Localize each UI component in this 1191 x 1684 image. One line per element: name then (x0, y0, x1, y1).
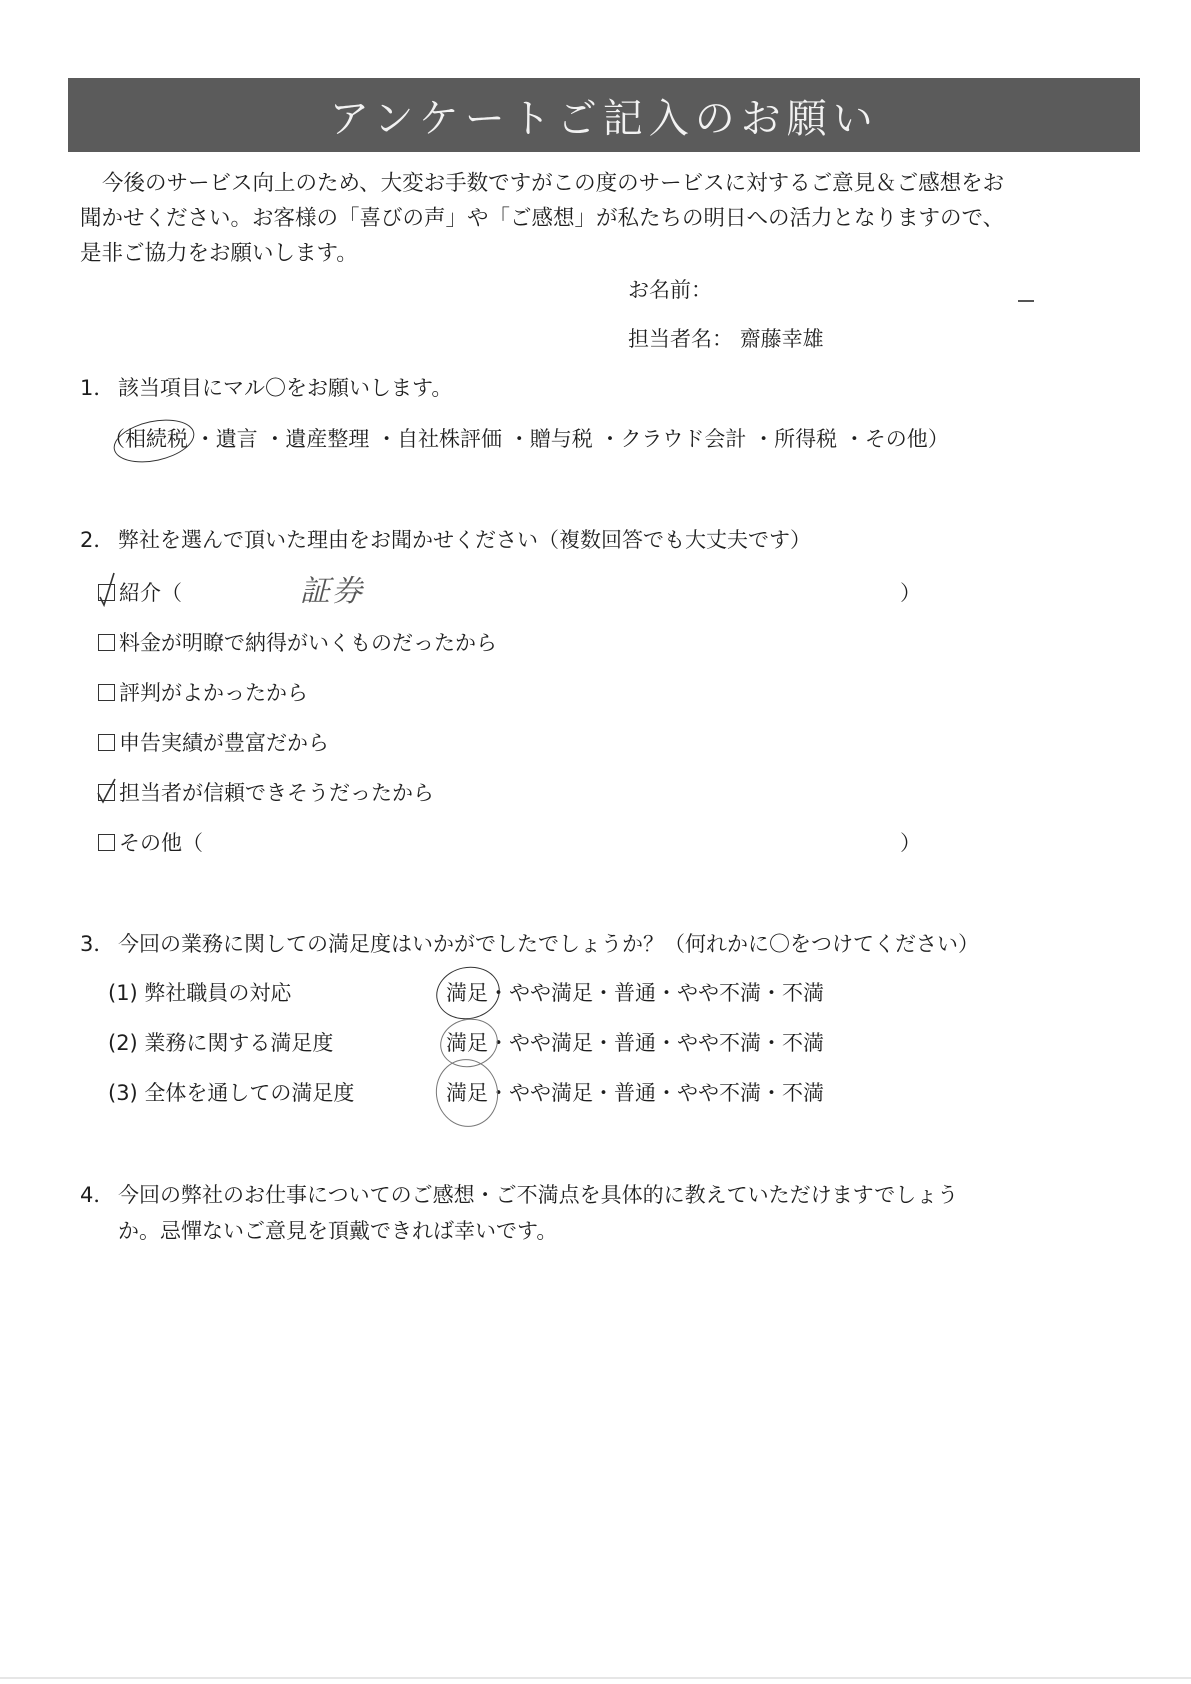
question-text: 該当項目にマル〇をお願いします。 (118, 376, 452, 400)
question-number: 3． (80, 928, 118, 958)
separator: ・ (509, 427, 530, 451)
scale-option-somewhat-satisfied[interactable]: やや満足 (509, 1081, 593, 1105)
question-3-title: 3．今回の業務に関しての満足度はいかがでしたでしょうか？（何れかに〇をつけてくだ… (80, 928, 979, 958)
separator: ・ (195, 427, 216, 451)
option-stock-valuation[interactable]: 自社株評価 (397, 427, 502, 451)
checkbox-unchecked[interactable] (98, 634, 115, 651)
question-number: 1． (80, 372, 118, 402)
checkbox-checked[interactable] (98, 584, 115, 601)
satisfaction-scale: 満足・やや満足・普通・やや不満・不満 (446, 1077, 824, 1107)
check-mark-icon (96, 771, 122, 805)
close-paren: ） (900, 577, 921, 607)
option-inheritance-tax[interactable]: 相続税 (125, 427, 188, 451)
reason-track-record[interactable]: 申告実績が豊富だから (98, 727, 329, 757)
satisfaction-row-overall: (3) 全体を通しての満足度 満足・やや満足・普通・やや不満・不満 (108, 1077, 908, 1107)
separator: ・ (376, 427, 397, 451)
option-cloud-accounting[interactable]: クラウド会計 (620, 427, 746, 451)
checkbox-unchecked[interactable] (98, 684, 115, 701)
separator: ・ (656, 1081, 677, 1105)
question-text: 弊社を選んで頂いた理由をお聞かせください（複数回答でも大丈夫です） (118, 528, 811, 552)
checkbox-checked[interactable] (98, 784, 115, 801)
scale-option-satisfied[interactable]: 満足 (446, 1081, 488, 1105)
satisfaction-scale: 満足・やや満足・普通・やや不満・不満 (446, 1027, 824, 1057)
reason-label: 料金が明瞭で納得がいくものだったから (119, 627, 497, 657)
title-banner: アンケートご記入のお願い (68, 78, 1140, 152)
checkbox-unchecked[interactable] (98, 734, 115, 751)
checkbox-unchecked[interactable] (98, 834, 115, 851)
staff-value: 齋藤幸雄 (740, 327, 824, 351)
scale-option-somewhat-dissatisfied[interactable]: やや不満 (677, 1081, 761, 1105)
satisfaction-label: (3) 全体を通しての満足度 (108, 1077, 354, 1107)
question-1-options: （相続税 ・遺言 ・遺産整理 ・自社株評価 ・贈与税 ・クラウド会計 ・所得税 … (104, 423, 949, 453)
separator: ・ (593, 1031, 614, 1055)
separator: ・ (593, 981, 614, 1005)
option-income-tax[interactable]: 所得税 (774, 427, 837, 451)
satisfaction-label: (2) 業務に関する満足度 (108, 1027, 333, 1057)
question-4-title: 4．今回の弊社のお仕事についてのご感想・ご不満点を具体的に教えていただけますでし… (80, 1177, 958, 1249)
referral-source-input[interactable]: 証券 (300, 566, 364, 610)
option-label: 満足 (446, 1031, 488, 1055)
intro-line: 聞かせください。お客様の「喜びの声」や「ご感想」が私たちの明日への活力となります… (80, 201, 1120, 236)
option-gift-tax[interactable]: 贈与税 (530, 427, 593, 451)
intro-line: 是非ご協力をお願いします。 (80, 236, 1120, 271)
scale-option-satisfied[interactable]: 満足 (446, 981, 488, 1005)
question-number: 4． (80, 1177, 118, 1213)
scale-option-satisfied[interactable]: 満足 (446, 1031, 488, 1055)
reason-label: 担当者が信頼できそうだったから (119, 777, 434, 807)
reason-referral[interactable]: 紹介（ (98, 577, 182, 607)
scale-option-neutral[interactable]: 普通 (614, 981, 656, 1005)
scale-option-somewhat-dissatisfied[interactable]: やや不満 (677, 1031, 761, 1055)
name-label: お名前： (628, 278, 712, 302)
option-label: 相続税 (125, 427, 188, 451)
reason-clear-pricing[interactable]: 料金が明瞭で納得がいくものだったから (98, 627, 497, 657)
separator: ・ (264, 427, 285, 451)
option-label: 満足 (446, 981, 488, 1005)
reason-label: 申告実績が豊富だから (119, 727, 329, 757)
separator: ・ (488, 1081, 509, 1105)
close-paren: ） (928, 427, 949, 451)
separator: ・ (753, 427, 774, 451)
option-estate-settlement[interactable]: 遺産整理 (285, 427, 369, 451)
option-label: 満足 (446, 1081, 488, 1105)
reason-label: 紹介（ (119, 577, 182, 607)
separator: ・ (488, 981, 509, 1005)
scale-option-dissatisfied[interactable]: 不満 (782, 1081, 824, 1105)
name-field[interactable]: お名前： (628, 274, 712, 304)
question-1-title: 1．該当項目にマル〇をお願いします。 (80, 372, 452, 402)
scale-option-somewhat-satisfied[interactable]: やや満足 (509, 1031, 593, 1055)
comments-answer-area[interactable] (110, 1260, 1090, 1640)
scale-option-neutral[interactable]: 普通 (614, 1031, 656, 1055)
satisfaction-row-staff: (1) 弊社職員の対応 満足・やや満足・普通・やや不満・不満 (108, 977, 908, 1007)
separator: ・ (656, 981, 677, 1005)
reason-other[interactable]: その他（ (98, 827, 203, 857)
other-reason-input[interactable] (220, 827, 880, 855)
separator: ・ (761, 1081, 782, 1105)
option-other[interactable]: その他 (865, 427, 928, 451)
separator: ・ (656, 1031, 677, 1055)
staff-field: 担当者名： 齋藤幸雄 (628, 323, 824, 353)
satisfaction-scale: 満足・やや満足・普通・やや不満・不満 (446, 977, 824, 1007)
satisfaction-label: (1) 弊社職員の対応 (108, 977, 291, 1007)
question-text-continued: か。忌憚ないご意見を頂戴できれば幸いです。 (80, 1213, 958, 1249)
separator: ・ (761, 1031, 782, 1055)
check-mark-icon (96, 571, 122, 605)
question-text: 今回の業務に関しての満足度はいかがでしたでしょうか？（何れかに〇をつけてください… (118, 932, 979, 956)
scale-option-dissatisfied[interactable]: 不満 (782, 1031, 824, 1055)
question-2-title: 2．弊社を選んで頂いた理由をお聞かせください（複数回答でも大丈夫です） (80, 524, 811, 554)
reason-label: 評判がよかったから (119, 677, 308, 707)
intro-line: 今後のサービス向上のため、大変お手数ですがこの度のサービスに対するご意見＆ご感想… (80, 166, 1120, 201)
separator: ・ (844, 427, 865, 451)
intro-paragraph: 今後のサービス向上のため、大変お手数ですがこの度のサービスに対するご意見＆ご感想… (80, 166, 1120, 271)
separator: ・ (488, 1031, 509, 1055)
separator: ・ (593, 1081, 614, 1105)
scale-option-somewhat-dissatisfied[interactable]: やや不満 (677, 981, 761, 1005)
option-will[interactable]: 遺言 (216, 427, 258, 451)
reason-trustworthy-staff[interactable]: 担当者が信頼できそうだったから (98, 777, 434, 807)
page-title: アンケートご記入のお願い (329, 87, 879, 144)
separator: ・ (599, 427, 620, 451)
question-text: 今回の弊社のお仕事についてのご感想・ご不満点を具体的に教えていただけますでしょう (118, 1183, 958, 1207)
staff-label: 担当者名： (628, 327, 733, 351)
open-paren: （ (104, 427, 125, 451)
close-paren: ） (900, 827, 921, 857)
reason-reputation[interactable]: 評判がよかったから (98, 677, 308, 707)
separator: ・ (761, 981, 782, 1005)
name-blank-mark (1018, 300, 1034, 302)
satisfaction-row-service: (2) 業務に関する満足度 満足・やや満足・普通・やや不満・不満 (108, 1027, 908, 1057)
scale-option-neutral[interactable]: 普通 (614, 1081, 656, 1105)
scale-option-somewhat-satisfied[interactable]: やや満足 (509, 981, 593, 1005)
reason-label: その他（ (119, 827, 203, 857)
scan-edge-divider (0, 1677, 1191, 1679)
question-number: 2． (80, 524, 118, 554)
scale-option-dissatisfied[interactable]: 不満 (782, 981, 824, 1005)
